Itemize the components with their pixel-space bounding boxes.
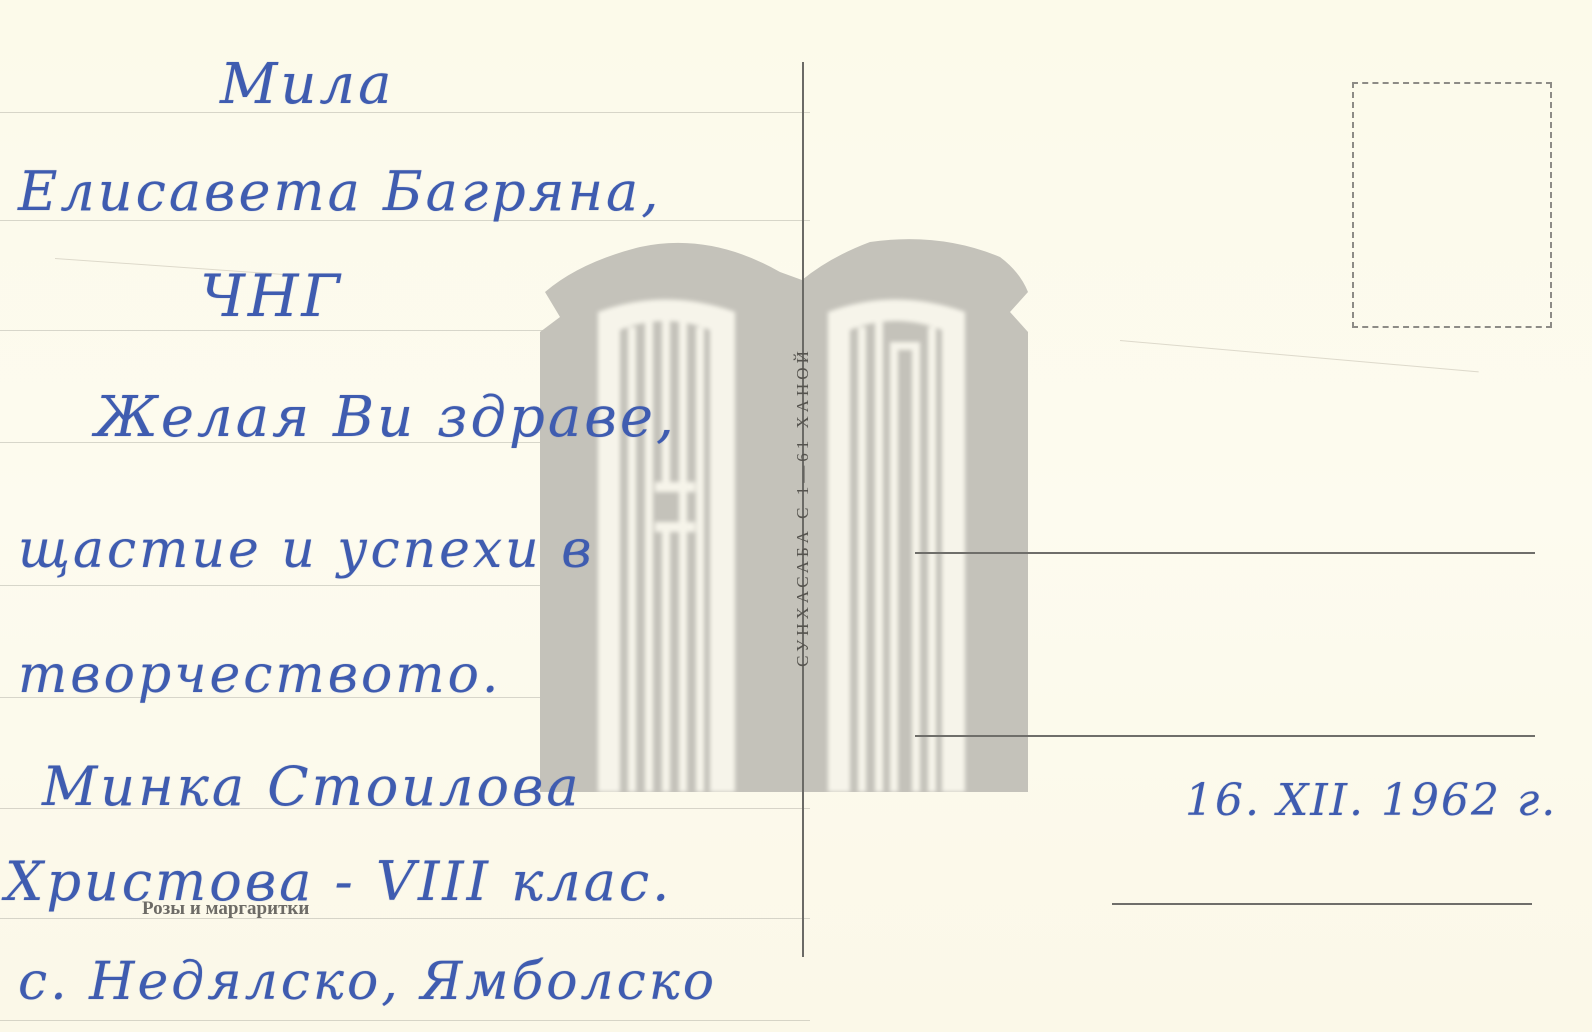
message-line: творчеството.: [18, 645, 501, 705]
greeting-line: Мила: [220, 52, 394, 117]
paper-crease: [1120, 340, 1479, 372]
printed-caption: Розы и маргаритки: [142, 898, 309, 920]
address-line: [915, 735, 1535, 737]
sender-address-line: с. Недялско, Ямболско: [18, 952, 717, 1012]
recipient-line: Елисавета Багряна,: [18, 160, 661, 223]
recipient-title-line: ЧНГ: [200, 262, 343, 330]
address-line: [915, 552, 1535, 554]
address-line: [1112, 903, 1532, 905]
ruled-line: [0, 112, 810, 113]
publisher-logo-icon: [540, 232, 1030, 792]
message-line: щастие и успехи в: [18, 520, 594, 580]
message-line: Желая Ви здраве,: [95, 385, 677, 450]
publisher-imprint: СУНХАСАБА С 1—61 ХАНОЙ: [793, 347, 813, 667]
stamp-placeholder-icon: [1352, 82, 1552, 328]
ruled-line: [0, 1020, 810, 1021]
sender-line: Минка Стоилова: [42, 755, 582, 818]
date: 16. XII. 1962 г.: [1185, 775, 1557, 826]
sender-line: Христова - VIII клас.: [5, 850, 672, 913]
ruled-line: [0, 918, 810, 919]
postcard-back: СУНХАСАБА С 1—61 ХАНОЙ Мила Елисавета Ба…: [0, 0, 1592, 1032]
